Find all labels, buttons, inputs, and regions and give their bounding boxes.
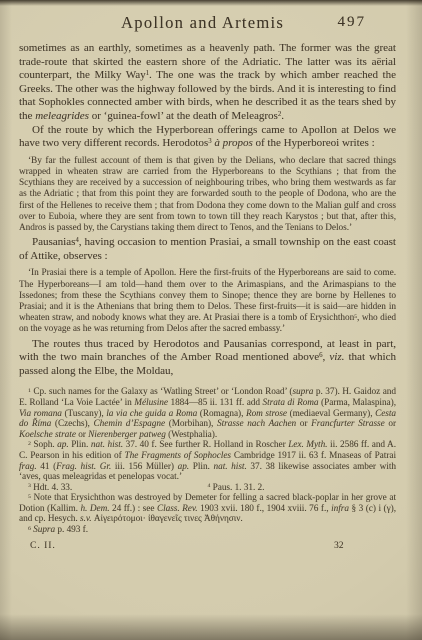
text-run: ‘By far the fullest account of them is t… — [19, 155, 396, 232]
text-run: (Westphalia). — [166, 429, 217, 439]
text-run: Soph. — [31, 439, 57, 449]
text-run: Pausanias — [32, 236, 75, 248]
page-title: Apollon and Artemis — [121, 13, 284, 33]
text-run: à propos — [214, 137, 252, 149]
quote-herodotos: ‘By far the fullest account of them is t… — [19, 155, 396, 233]
text-run: Plin. — [189, 461, 213, 471]
paragraph-hyperborean-offerings: Of the route by which the Hyperborean of… — [19, 124, 396, 151]
text-run: or — [296, 418, 311, 428]
text-column: Apollon and Artemis 497 sometimes as an … — [19, 13, 396, 555]
footnote-5: 5 Note that Erysichthon was destroyed by… — [19, 492, 396, 524]
quote-pausanias: ‘In Prasiai there is a temple of Apollon… — [19, 267, 396, 334]
footnote-ref: 4 — [75, 237, 78, 244]
text-run: Frag. hist. Gr. — [56, 461, 111, 471]
text-run: frag. — [19, 461, 37, 471]
text-run: h. Dem. — [80, 503, 109, 513]
text-run: supra — [292, 386, 313, 396]
text-run: Strata di Roma — [262, 397, 318, 407]
text-run: ‘In Prasiai there is a temple of Apollon… — [19, 267, 396, 322]
footnote-row-3-4: 3 Hdt. 4. 33. 4 Paus. 1. 31. 2. — [19, 482, 396, 493]
footnote-4: 4 Paus. 1. 31. 2. — [208, 482, 265, 493]
text-run: Cambridge 1917 ii. 63 f. Mnaseas of Patr… — [231, 450, 396, 460]
footnote-6: 6 Supra p. 493 f. — [19, 524, 396, 535]
footnote-ref: 4 — [208, 483, 211, 489]
text-run: Cp. such names for the Galaxy as ‘Watlin… — [31, 386, 293, 396]
text-run: (Tuscany), — [62, 408, 106, 418]
text-run: p. 493 f. — [55, 524, 88, 534]
text-run: Paus. 1. 31. 2. — [210, 482, 264, 492]
text-run: 24 ff.) : see — [110, 503, 157, 513]
text-run: Via romana — [19, 408, 62, 418]
text-run: Francfurter Strasse — [311, 418, 385, 428]
sheet-number: 32 — [334, 541, 344, 551]
text-run: iii. 156 Müller) — [111, 461, 177, 471]
text-run: of the Hyperboreoi writes : — [253, 137, 375, 149]
text-run: la via che guida a Roma — [106, 408, 197, 418]
text-run: ap. — [57, 439, 68, 449]
page-footer: C. II. 32 — [19, 541, 396, 555]
signature-mark: C. II. — [30, 541, 56, 551]
footnotes: 1 Cp. such names for the Galaxy as ‘Watl… — [19, 386, 396, 534]
text-run: 1884—85 ii. 131 ff. add — [168, 397, 262, 407]
text-run: viz. — [329, 351, 344, 363]
footnote-ref: 3 — [28, 483, 31, 489]
text-run: Mélusine — [134, 397, 168, 407]
text-run: nat. hist. — [214, 461, 247, 471]
footnote-ref: 5 — [354, 314, 357, 320]
footnote-1: 1 Cp. such names for the Galaxy as ‘Watl… — [19, 386, 396, 439]
text-run: Hdt. 4. 33. — [31, 482, 72, 492]
footnote-ref: 3 — [208, 138, 211, 145]
folio-number: 497 — [338, 14, 367, 31]
text-run: The Fragments of Sophocles — [125, 450, 231, 460]
footnote-ref: 2 — [278, 111, 281, 118]
paragraph-amber-routes: sometimes as an earthly, sometimes as a … — [19, 42, 396, 124]
footnote-ref: 5 — [28, 494, 31, 500]
footnote-ref: 2 — [28, 441, 31, 447]
footnote-ref: 1 — [28, 388, 31, 394]
text-run: 37. 40 f. See further R. Holland in Rosc… — [123, 439, 288, 449]
paragraph-pausanias: Pausanias4, having occasion to mention P… — [19, 236, 396, 263]
text-run: . — [281, 110, 284, 122]
footnote-ref: 6 — [28, 526, 31, 532]
paragraph-amber-road: The routes thus traced by Herodotos and … — [19, 338, 396, 379]
text-run: Class. Rev. — [157, 503, 198, 513]
text-run: meleagrides — [35, 110, 89, 122]
text-run: Lex. Myth. — [288, 439, 327, 449]
text-run: Chemin d’Espagne — [94, 418, 166, 428]
text-run: (Czechs), — [51, 418, 93, 428]
text-run: s.v. — [80, 513, 92, 523]
text-run: infra — [331, 503, 349, 513]
text-run: Strasse nach Aachen — [217, 418, 296, 428]
text-run: (Romagna), — [197, 408, 246, 418]
footnote-2: 2 Soph. ap. Plin. nat. hist. 37. 40 f. S… — [19, 439, 396, 481]
text-run: nat. hist. — [91, 439, 123, 449]
text-run: or — [385, 418, 396, 428]
text-run: Supra — [33, 524, 55, 534]
text-run: (Morbihan), — [165, 418, 217, 428]
footnote-3: 3 Hdt. 4. 33. — [28, 482, 72, 492]
footnote-ref: 1 — [146, 70, 149, 77]
running-head: Apollon and Artemis 497 — [19, 13, 396, 35]
text-run: 1903 xvii. 180 f., 1904 xviii. 76 f., — [198, 503, 332, 513]
text-run: Koelsche strate — [19, 429, 76, 439]
text-run: Nierenberger patweg — [88, 429, 166, 439]
footnote-ref: 6 — [319, 352, 322, 359]
book-page: Apollon and Artemis 497 sometimes as an … — [0, 0, 422, 640]
text-run: (Parma, Malaspina), — [319, 397, 396, 407]
text-run: or ‘guinea-fowl’ at the death of Meleagr… — [89, 110, 278, 122]
text-run: Αἰγειρότομοι· ἰθαγενεῖς τινες Ἀθήνησιν. — [92, 513, 243, 523]
text-run: (mediaeval Germany), — [287, 408, 375, 418]
text-run: ap. — [178, 461, 189, 471]
text-run: Plin. — [69, 439, 91, 449]
text-run: 41 ( — [37, 461, 57, 471]
text-run: or — [76, 429, 88, 439]
text-run: Rom strose — [246, 408, 287, 418]
